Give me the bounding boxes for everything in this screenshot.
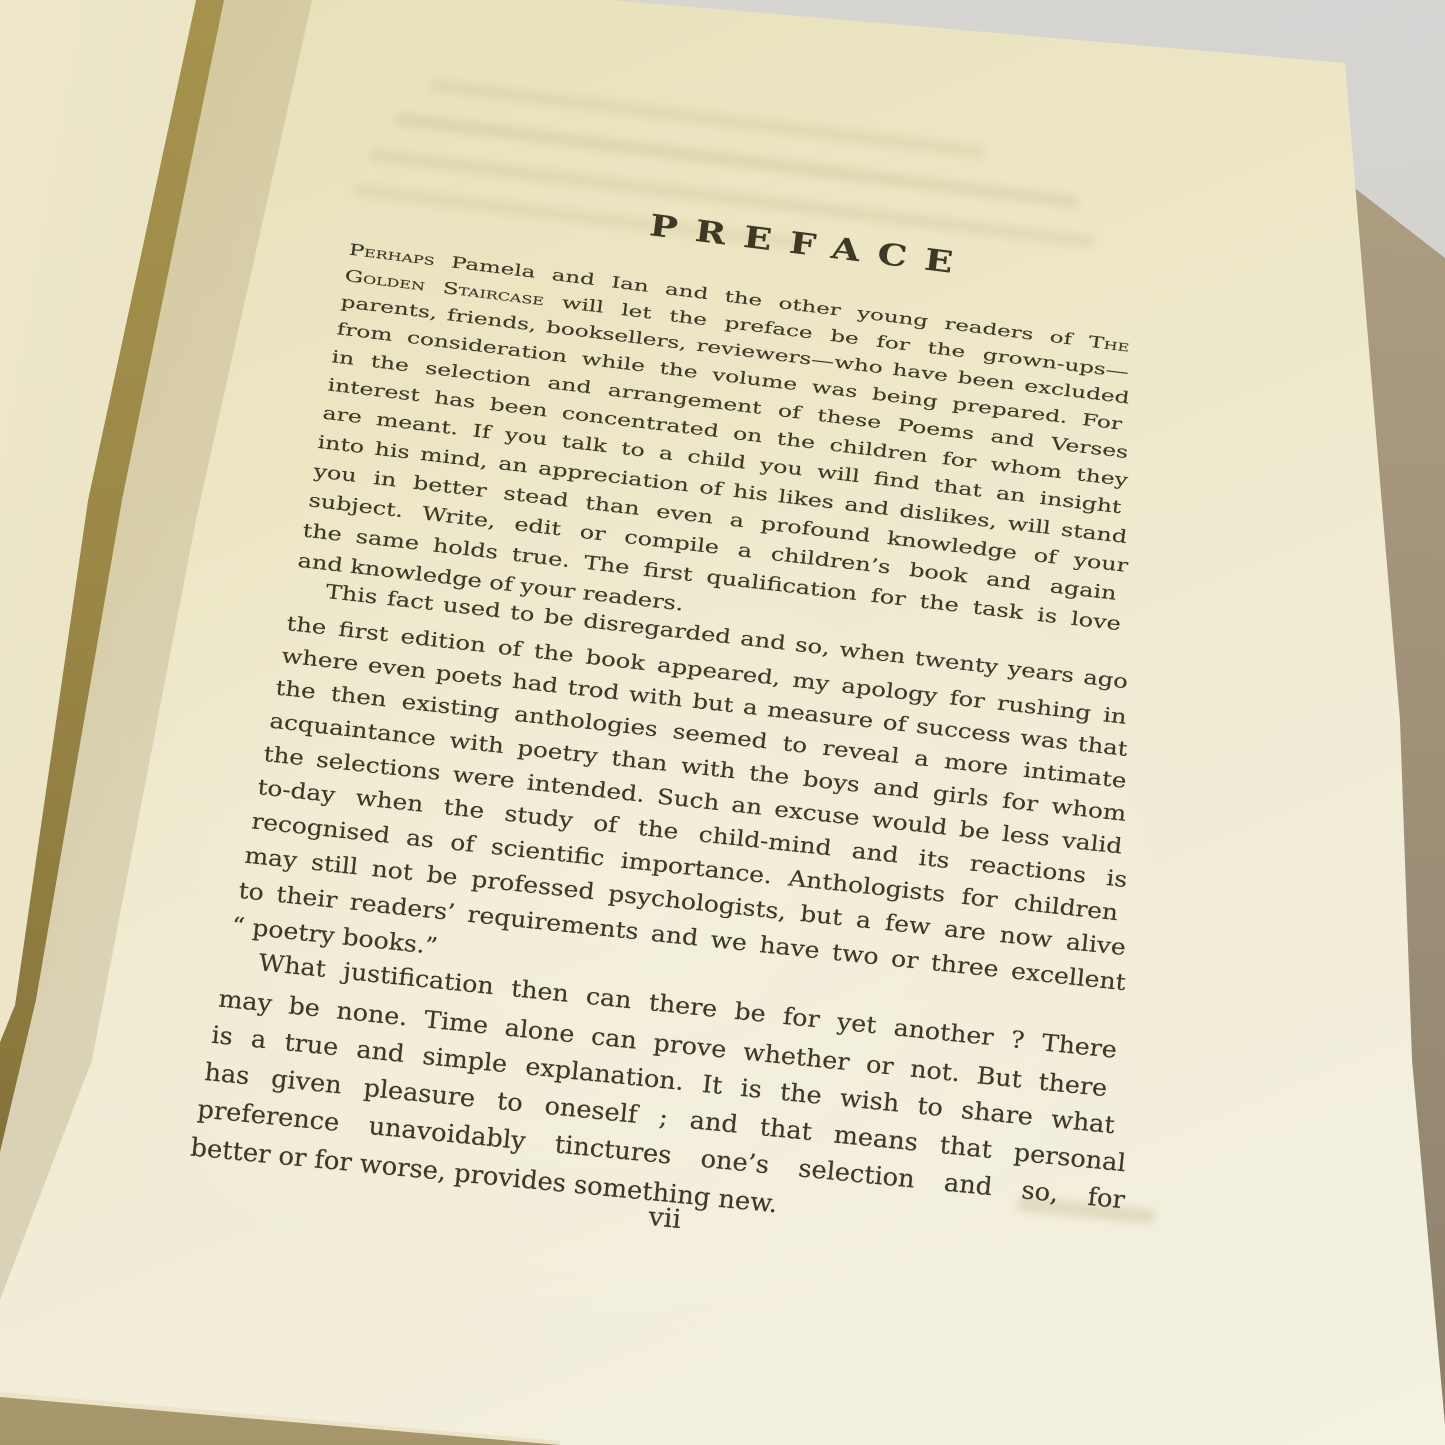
preface-heading: PREFACE (648, 208, 973, 282)
text-layer: PREFACEPerhaps Pamela and Ian and the ot… (0, 0, 1445, 1445)
page-number: vii (647, 1202, 682, 1235)
small-caps-run: Perhaps (348, 241, 436, 269)
text-run: vii (647, 1202, 682, 1235)
text-run: PREFACE (648, 207, 973, 282)
book-photo: PREFACEPerhaps Pamela and Ian and the ot… (0, 0, 1445, 1445)
small-caps-run: The (1088, 333, 1131, 356)
